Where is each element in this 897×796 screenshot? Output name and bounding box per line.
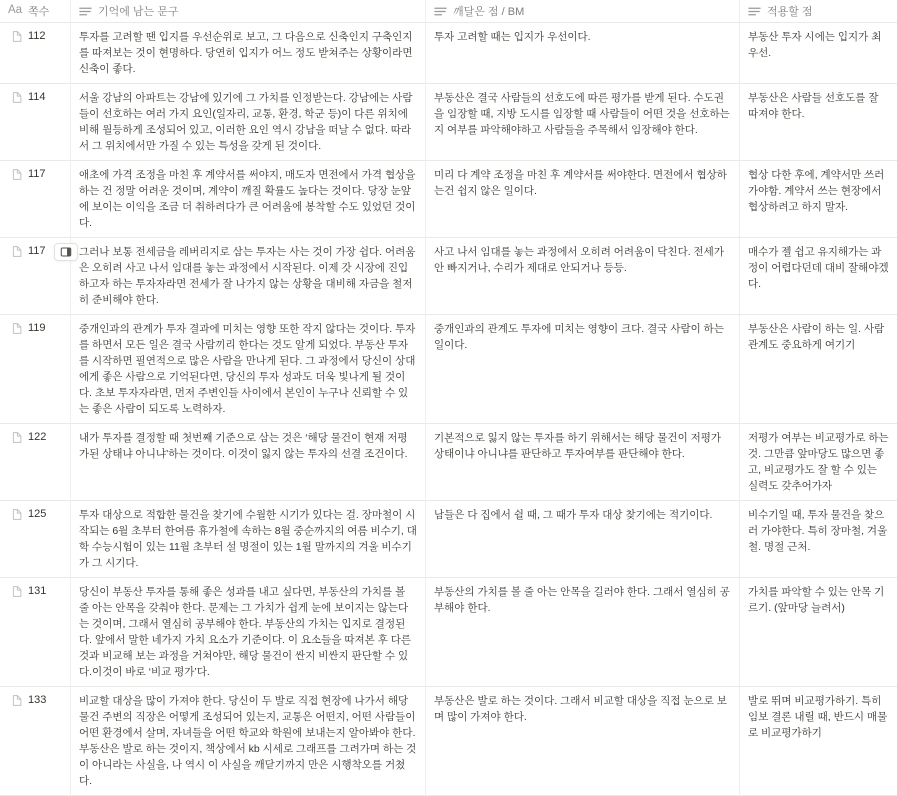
table-header-row: Aa 쪽수 기억에 남는 문구 깨달은 점 / BM 적용할 점 (0, 0, 897, 23)
quote-cell[interactable]: 투자 대상으로 적합한 물건을 찾기에 수월한 시기가 있다는 걸. 장마철이 … (71, 501, 426, 578)
apply-cell[interactable]: 부동산 투자 시에는 입지가 최우선. (740, 23, 897, 84)
page-cell[interactable]: 133 (0, 687, 71, 796)
page-number: 125 (28, 507, 46, 522)
page-icon (10, 30, 22, 43)
column-header-insight[interactable]: 깨달은 점 / BM (426, 0, 740, 23)
table-row[interactable]: 131 당신이 부동산 투자를 통해 좋은 성과를 내고 싶다면, 부동산의 가… (0, 578, 897, 687)
page-cell[interactable]: 114 (0, 84, 71, 161)
insight-cell[interactable]: 투자 고려할 때는 입지가 우선이다. (426, 23, 740, 84)
apply-cell[interactable]: 비수기일 때, 투자 물건을 찾으러 가야한다. 특히 장마철, 겨울철. 명절… (740, 501, 897, 578)
apply-cell[interactable]: 협상 다한 후에, 계약서만 쓰러 가야함. 계약서 쓰는 현장에서 협상하려고… (740, 161, 897, 238)
notion-database-table: Aa 쪽수 기억에 남는 문구 깨달은 점 / BM 적용할 점 (0, 0, 897, 796)
quote-cell[interactable]: 투자를 고려할 땐 입지를 우선순위로 보고, 그 다음으로 신축인지 구축인지… (71, 23, 426, 84)
page-number: 112 (28, 29, 46, 44)
page-cell[interactable]: 122 (0, 424, 71, 501)
insight-cell[interactable]: 중개인과의 관계도 투자에 미치는 영향이 크다. 결국 사람이 하는 일이다. (426, 315, 740, 424)
table-row[interactable]: 117 그러나 보통 전세금을 레버리지로 삼는 투자는 사는 것이 가장 쉽다… (0, 238, 897, 315)
apply-cell[interactable]: 매수가 젤 쉽고 유지해가는 과정이 어렵다던데 대비 잘해야겠다. (740, 238, 897, 315)
page-cell[interactable]: 125 (0, 501, 71, 578)
page-icon (10, 91, 22, 104)
column-header-apply[interactable]: 적용할 점 (740, 0, 897, 23)
quote-cell[interactable]: 비교할 대상을 많이 가져야 한다. 당신이 두 발로 직접 현장에 나가서 해… (71, 687, 426, 796)
table-row[interactable]: 114 서울 강남의 아파트는 강남에 있기에 그 가치를 인정받는다. 강남에… (0, 84, 897, 161)
page-number: 119 (28, 321, 46, 336)
column-header-label: 쪽수 (28, 3, 49, 19)
page-number: 133 (28, 693, 46, 708)
page-icon (10, 431, 22, 444)
quote-cell[interactable]: 애초에 가격 조정을 마친 후 계약서를 써야지, 매도자 면전에서 가격 협상… (71, 161, 426, 238)
table-row[interactable]: 119 중개인과의 관계가 투자 결과에 미치는 영향 또한 작지 않다는 것이… (0, 315, 897, 424)
quote-cell[interactable]: 당신이 부동산 투자를 통해 좋은 성과를 내고 싶다면, 부동산의 가치를 볼… (71, 578, 426, 687)
page-number: 117 (28, 167, 46, 182)
page-icon (10, 508, 22, 521)
page-number: 114 (28, 90, 46, 105)
table-row[interactable]: 122 내가 투자를 결정할 때 첫번째 기준으로 삼는 것은 ‘해당 물건이 … (0, 424, 897, 501)
insight-cell[interactable]: 사고 나서 임대를 놓는 과정에서 오히려 어려움이 닥친다. 전세가 안 빠지… (426, 238, 740, 315)
page-cell[interactable]: 119 (0, 315, 71, 424)
apply-cell[interactable]: 부동산은 사람들 선호도를 잘 따져야 한다. (740, 84, 897, 161)
column-header-label: 기억에 남는 문구 (98, 3, 179, 19)
apply-cell[interactable]: 저평가 여부는 비교평가로 하는 것. 그만큼 앞마당도 많으면 좋고, 비교평… (740, 424, 897, 501)
apply-cell[interactable]: 부동산은 사람이 하는 일. 사람 관계도 중요하게 여기기 (740, 315, 897, 424)
title-property-icon: Aa (8, 5, 22, 17)
page-number: 122 (28, 430, 46, 445)
page-cell[interactable]: 112 (0, 23, 71, 84)
insight-cell[interactable]: 남들은 다 집에서 쉴 때, 그 때가 투자 대상 찾기에는 적기이다. (426, 501, 740, 578)
insight-cell[interactable]: 미리 다 계약 조정을 마친 후 계약서를 써야한다. 면전에서 협상하는건 쉽… (426, 161, 740, 238)
quote-cell[interactable]: 중개인과의 관계가 투자 결과에 미치는 영향 또한 작지 않다는 것이다. 투… (71, 315, 426, 424)
page-number: 131 (28, 584, 46, 599)
table-body: 112 투자를 고려할 땐 입지를 우선순위로 보고, 그 다음으로 신축인지 … (0, 23, 897, 796)
insight-cell[interactable]: 부동산은 발로 하는 것이다. 그래서 비교할 대상을 직접 눈으로 보며 많이… (426, 687, 740, 796)
page-number: 117 (28, 244, 46, 259)
page-cell[interactable]: 117 (0, 238, 71, 315)
table-row[interactable]: 133 비교할 대상을 많이 가져야 한다. 당신이 두 발로 직접 현장에 나… (0, 687, 897, 796)
page-icon (10, 322, 22, 335)
text-property-icon (434, 5, 447, 18)
table-row[interactable]: 125 투자 대상으로 적합한 물건을 찾기에 수월한 시기가 있다는 걸. 장… (0, 501, 897, 578)
apply-cell[interactable]: 발로 뛰며 비교평가하기. 특히 임보 결론 내릴 때, 반드시 매물로 비교평… (740, 687, 897, 796)
page-icon (10, 585, 22, 598)
table-row[interactable]: 117 애초에 가격 조정을 마친 후 계약서를 써야지, 매도자 면전에서 가… (0, 161, 897, 238)
page-cell[interactable]: 117 (0, 161, 71, 238)
quote-cell[interactable]: 내가 투자를 결정할 때 첫번째 기준으로 삼는 것은 ‘해당 물건이 현재 저… (71, 424, 426, 501)
column-header-quote[interactable]: 기억에 남는 문구 (71, 0, 426, 23)
text-property-icon (748, 5, 761, 18)
column-header-label: 적용할 점 (767, 3, 813, 19)
text-property-icon (79, 5, 92, 18)
page-cell[interactable]: 131 (0, 578, 71, 687)
table-row[interactable]: 112 투자를 고려할 땐 입지를 우선순위로 보고, 그 다음으로 신축인지 … (0, 23, 897, 84)
quote-cell[interactable]: 그러나 보통 전세금을 레버리지로 삼는 투자는 사는 것이 가장 쉽다. 어려… (71, 238, 426, 315)
page-icon (10, 168, 22, 181)
insight-cell[interactable]: 부동산의 가치를 볼 줄 아는 안목을 길러야 한다. 그래서 열심히 공부해야… (426, 578, 740, 687)
column-header-label: 깨달은 점 / BM (453, 3, 524, 19)
quote-cell[interactable]: 서울 강남의 아파트는 강남에 있기에 그 가치를 인정받는다. 강남에는 사람… (71, 84, 426, 161)
page-icon (10, 694, 22, 707)
page-icon (10, 245, 22, 258)
insight-cell[interactable]: 기본적으로 잃지 않는 투자를 하기 위해서는 해당 물건이 저평가 상태이냐 … (426, 424, 740, 501)
insight-cell[interactable]: 부동산은 결국 사람들의 선호도에 따른 평가를 받게 된다. 수도권을 임장할… (426, 84, 740, 161)
apply-cell[interactable]: 가치를 파악할 수 있는 안목 기르기. (앞마당 늘려서) (740, 578, 897, 687)
column-header-page[interactable]: Aa 쪽수 (0, 0, 71, 23)
